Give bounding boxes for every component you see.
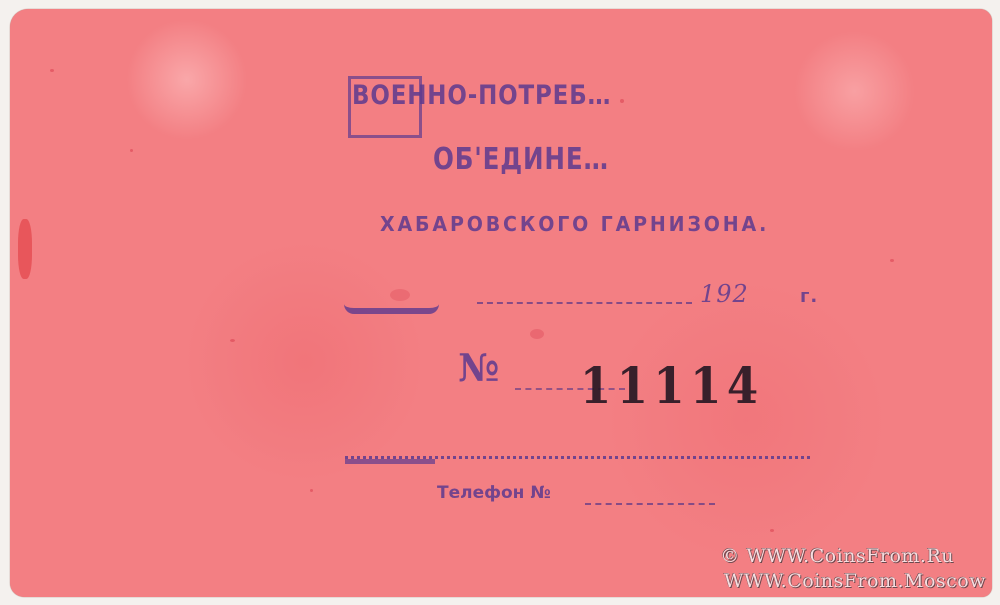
- number-sign: №: [458, 345, 500, 390]
- date-mark: [344, 292, 439, 314]
- watermark-line-1: © WWW.CoinsFrom.Ru: [720, 545, 954, 567]
- stamp-line-3: ХАБАРОВСКОГО ГАРНИЗОНА.: [380, 212, 769, 236]
- phone-label: Телефон №: [437, 483, 551, 503]
- date-underline: [477, 302, 692, 304]
- phone-underline: [585, 503, 715, 505]
- ink-blot: [18, 219, 32, 279]
- date-year: 192: [700, 280, 749, 308]
- watermark-line-2: WWW.CoinsFrom.Moscow: [724, 570, 986, 592]
- date-suffix: г.: [800, 286, 818, 307]
- signature-line-heavy: [345, 459, 435, 464]
- stamp-line-2: ОБ'ЕДИНЕ…: [433, 142, 609, 177]
- stamp-line-1: ВОЕННО-ПОТРЕБ…: [352, 80, 611, 111]
- serial-number: 11114: [580, 356, 764, 415]
